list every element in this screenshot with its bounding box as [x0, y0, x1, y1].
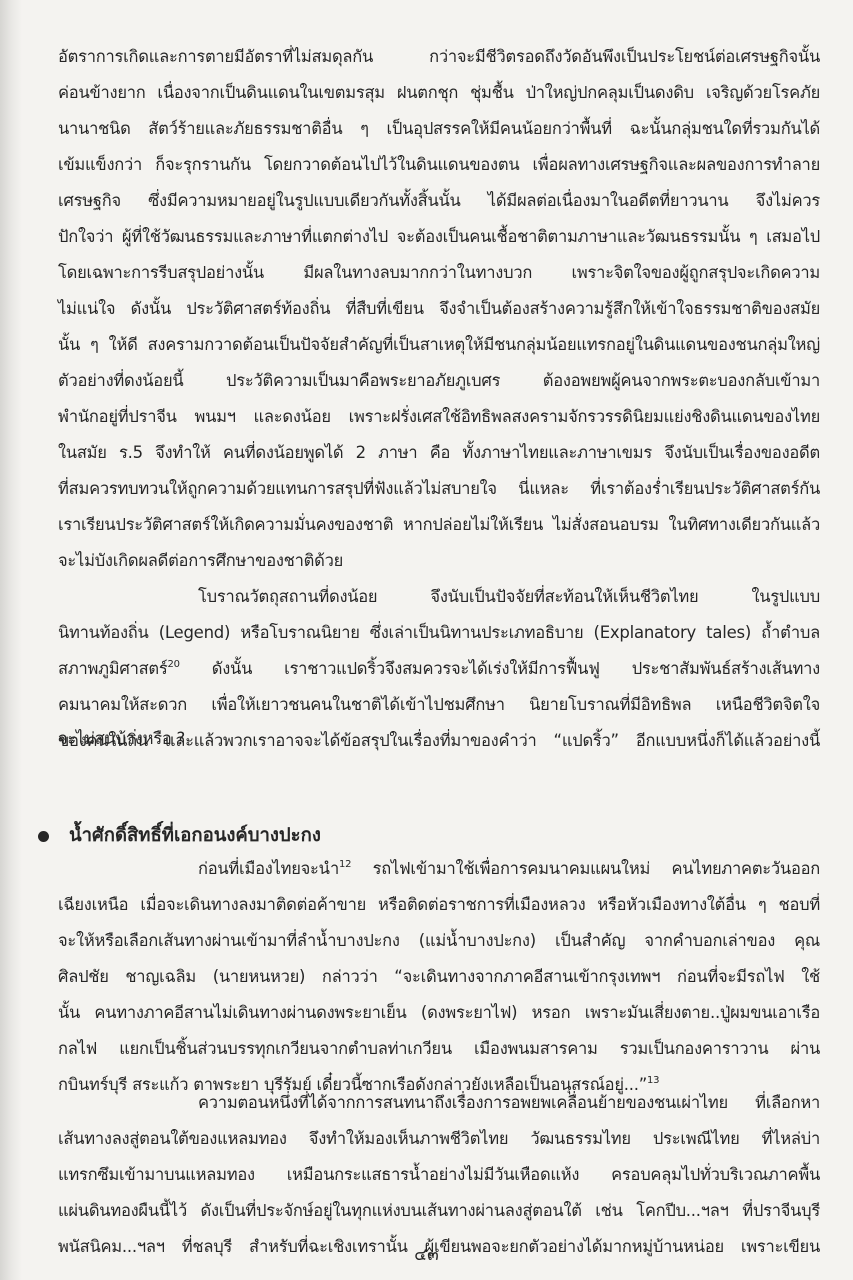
footnote-ref: 20	[167, 659, 179, 670]
footnote-ref: 13	[647, 1075, 659, 1086]
paragraph-line: คมนาคมให้สะดวก เพื่อให้เยาวชนคนในชาติได้…	[58, 694, 820, 716]
bullet-icon	[38, 831, 49, 842]
paragraph-first-line: ความตอนหนึ่งที่ได้จากการสนทนาถึงเรื่องกา…	[198, 1092, 820, 1114]
paragraph-line: ตัวอย่างที่ดงน้อยนี้ ประวัติความเป็นมาคื…	[58, 370, 820, 392]
paragraph-line: นานาชนิด สัตว์ร้ายและภัยธรรมชาติอื่น ๆ เ…	[58, 118, 820, 140]
paragraph-line: นั้น คนทางภาคอีสานไม่เดินทางผ่านดงพระยาเ…	[58, 1002, 820, 1024]
paragraph-line: พำนักอยู่ที่ปราจีน พนมฯ และดงน้อย เพราะฝ…	[58, 406, 820, 428]
paragraph-line: ปักใจว่า ผู้ที่ใช้วัฒนธรรมและภาษาที่แตกต…	[58, 226, 820, 248]
page-binding-shadow	[0, 0, 22, 1280]
paragraph-line: จะไม่สนบ้างหรือ ?	[58, 728, 820, 750]
paragraph-line: จะให้หรือเลือกเส้นทางผ่านเข้ามาที่ลำน้ำบ…	[58, 930, 820, 952]
section-heading-text: น้ำศักดิ์สิทธิ์ที่เอกอนงค์บางปะกง	[69, 823, 321, 849]
paragraph-line: ที่สมควรทบทวนให้ถูกความด้วยแทนการสรุปที่…	[58, 478, 820, 500]
paragraph-line: เศรษฐกิจ ซึ่งมีความหมายอยู่ในรูปแบบเดียว…	[58, 190, 820, 212]
paragraph-line: ศิลปชัย ชาญเฉลิม (นายหนหวย) กล่าวว่า “จะ…	[58, 966, 820, 988]
paragraph-line: ค่อนข้างยาก เนื่องจากเป็นดินแดนในเขตมรสุ…	[58, 82, 820, 104]
paragraph-line: สภาพภูมิศาสตร์20 ดังนั้น เราชาวแปดริ้วจึ…	[58, 658, 820, 680]
paragraph-first-line: โบราณวัตถุสถานที่ดงน้อย จึงนับเป็นปัจจัย…	[198, 586, 820, 608]
paragraph-line: โดยเฉพาะการรีบสรุปอย่างนั้น มีผลในทางลบม…	[58, 262, 820, 284]
paragraph-first-line: ก่อนที่เมืองไทยจะนำ12 รถไฟเข้ามาใช้เพื่อ…	[198, 858, 820, 880]
paragraph-line: นั้น ๆ ให้ดี สงครามกวาดต้อนเป็นปัจจัยสำค…	[58, 334, 820, 356]
paragraph-line: กลไฟ แยกเป็นชิ้นส่วนบรรทุกเกวียนจากตำบลท…	[58, 1038, 820, 1060]
paragraph-line: อัตราการเกิดและการตายมีอัตราที่ไม่สมดุลก…	[58, 46, 820, 68]
footnote-ref: 12	[339, 859, 351, 870]
paragraph-line: เราเรียนประวัติศาสตร์ให้เกิดความมั่นคงขอ…	[58, 514, 820, 536]
paragraph-line: แผ่นดินทองผืนนี้ไว้ ดังเป็นที่ประจักษ์อย…	[58, 1200, 820, 1222]
paragraph-line: เฉียงเหนือ เมื่อจะเดินทางลงมาติดต่อค้าขา…	[58, 894, 820, 916]
paragraph-line: นิทานท้องถิ่น (Legend) หรือโบราณนิยาย ซึ…	[58, 622, 820, 644]
paragraph-line: เส้นทางลงสู่ตอนใต้ของแหลมทอง จึงทำให้มอง…	[58, 1128, 820, 1150]
paragraph-line: ไม่แน่ใจ ดังนั้น ประวัติศาสตร์ท้องถิ่น ท…	[58, 298, 820, 320]
paragraph-line: เข้มแข็งกว่า ก็จะรุกรานกัน โดยกวาดต้อนไป…	[58, 154, 820, 176]
section-heading: น้ำศักดิ์สิทธิ์ที่เอกอนงค์บางปะกง	[38, 823, 321, 849]
paragraph-line: ในสมัย ร.5 จึงทำให้ คนที่ดงน้อยพูดได้ 2 …	[58, 442, 820, 464]
page-number: ๔๓	[0, 1245, 853, 1265]
paragraph-line: แทรกซึมเข้ามาบนแหลมทอง เหมือนกระแสธารน้ำ…	[58, 1164, 820, 1186]
paragraph-line: จะไม่บังเกิดผลดีต่อการศึกษาของชาติด้วย	[58, 550, 820, 572]
